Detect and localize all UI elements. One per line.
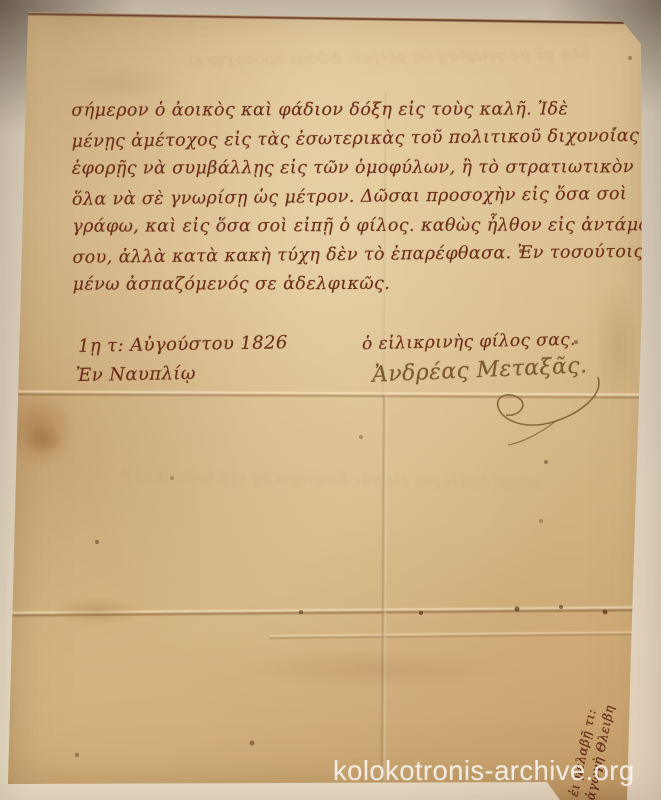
body-line-4: ὅλα νὰ σὲ γνωρίσῃ ὡς μέτρον. Δῶσαι προσο… (72, 180, 612, 215)
document-photo: ὅλα νὰ σὲ γνωρίσῃ ὡς μέτρον. Δῶσαι προσο… (0, 0, 661, 800)
body-line-3: ἐφορῇς νὰ συμβάλλῃς εἰς τῶν ὁμοφύλων, ἢ … (72, 153, 612, 183)
archive-watermark: kolokotronis-archive.org (333, 755, 635, 787)
foxing-specks (0, 0, 2, 2)
body-line-1: σήμερον ὁ ἀοικὸς καὶ φάδιον δόξη εἰς τοὺ… (71, 95, 611, 125)
place-line: Ἐν Ναυπλίῳ (76, 363, 196, 386)
date-line: 1ῃ τ: Αὐγούστου 1826 (78, 332, 288, 357)
letter-body: σήμερον ὁ ἀοικὸς καὶ φάδιον δόξη εἰς τοὺ… (71, 94, 612, 301)
body-line-7: μένω ἀσπαζόμενός σε ἀδελφικῶς. (73, 269, 613, 299)
letter-paper: ὅλα νὰ σὲ γνωρίσῃ ὡς μέτρον. Δῶσαι προσο… (0, 0, 661, 800)
body-line-2: μένῃς ἀμέτοχος εἰς τὰς ἐσωτερικὰς τοῦ πο… (71, 122, 611, 157)
body-line-5: γράφω, καὶ εἰς ὅσα σοὶ εἰπῇ ὁ φίλος. καθ… (72, 211, 612, 241)
body-line-6: σου, ἀλλὰ κατὰ κακὴ τύχη δὲν τὸ ἐπαρέφθα… (72, 238, 612, 273)
